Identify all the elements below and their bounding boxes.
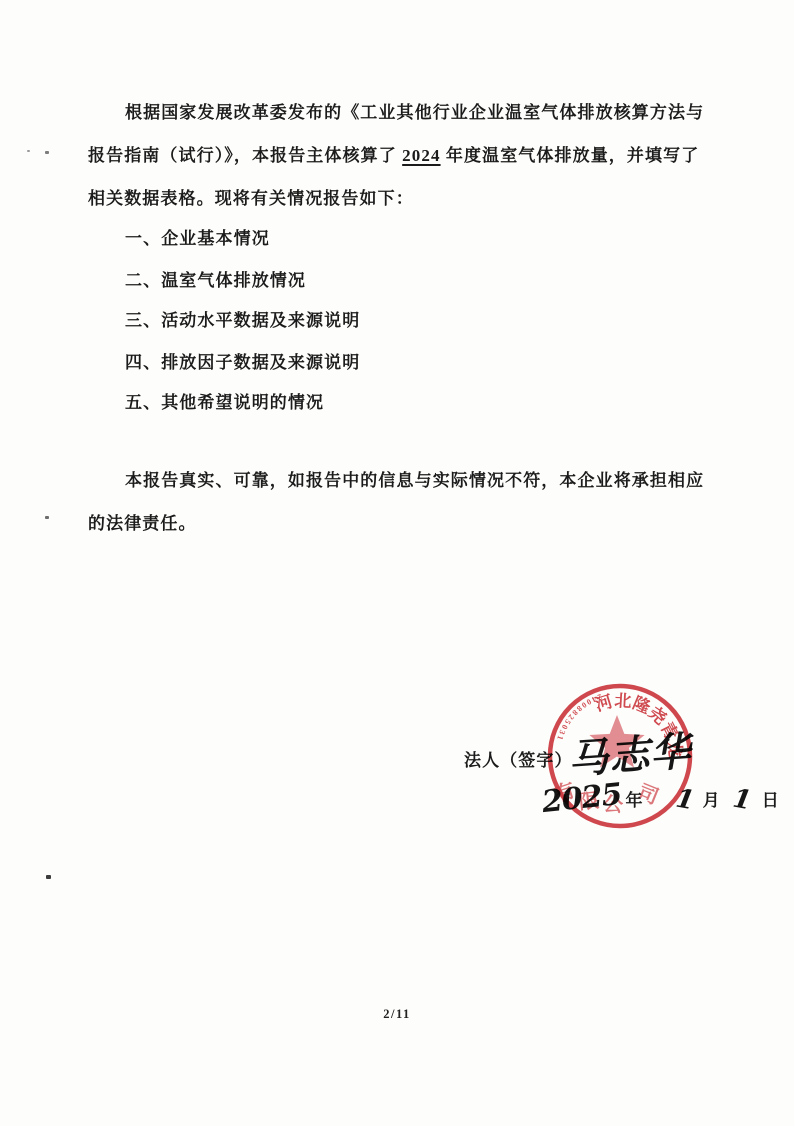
list-item: 二、温室气体排放情况	[125, 270, 306, 292]
page-number-text: 2/11	[383, 1007, 411, 1021]
list-item: 三、活动水平数据及来源说明	[125, 310, 360, 332]
scan-speck	[45, 151, 49, 154]
underlined-year: 2024	[402, 146, 440, 165]
para2-line1: 本报告真实、可靠，如报告中的信息与实际情况不符，本企业将承担相应	[125, 471, 704, 490]
day-unit: 日	[762, 788, 780, 814]
signature-name-text: 马志华	[567, 729, 693, 782]
handwritten-year: 2025	[541, 780, 623, 818]
scan-speck	[27, 150, 30, 152]
svg-text:北: 北	[614, 691, 632, 711]
para1-line2-pre: 报告指南（试行）》，本报告主体核算了	[88, 146, 402, 165]
paragraph-line: 根据国家发展改革委发布的《工业其他行业企业温室气体排放核算方法与	[125, 102, 704, 124]
svg-text:1: 1	[555, 734, 565, 740]
handwritten-signature: 马志华	[566, 720, 693, 785]
date-line: 2025 年 1 月 1 日	[542, 784, 780, 814]
month-unit: 月	[703, 788, 721, 814]
paragraph-line: 本报告真实、可靠，如报告中的信息与实际情况不符，本企业将承担相应	[125, 470, 704, 492]
list-item-3: 三、活动水平数据及来源说明	[125, 311, 360, 330]
handwritten-day: 1	[730, 785, 753, 816]
para2-line2: 的法律责任。	[88, 514, 197, 533]
paragraph-line: 相关数据表格。现将有关情况报告如下：	[88, 188, 414, 210]
list-item-2: 二、温室气体排放情况	[125, 271, 306, 290]
document-page: 根据国家发展改革委发布的《工业其他行业企业温室气体排放核算方法与 报告指南（试行…	[0, 0, 794, 1126]
scan-speck	[46, 875, 51, 879]
para1-line2-post: 年度温室气体排放量，并填写了	[441, 146, 700, 165]
list-item-4: 四、排放因子数据及来源说明	[125, 353, 360, 372]
paragraph-line: 报告指南（试行）》，本报告主体核算了 2024 年度温室气体排放量，并填写了	[88, 145, 699, 167]
page-number: 2/11	[0, 1007, 794, 1022]
para1-line3: 相关数据表格。现将有关情况报告如下：	[88, 189, 414, 208]
list-item: 四、排放因子数据及来源说明	[125, 352, 360, 374]
scan-speck	[45, 516, 49, 519]
para1-line1: 根据国家发展改革委发布的《工业其他行业企业温室气体排放核算方法与	[125, 103, 704, 122]
list-item-5: 五、其他希望说明的情况	[125, 393, 324, 412]
handwritten-month: 1	[673, 785, 696, 816]
list-item: 五、其他希望说明的情况	[125, 392, 324, 414]
year-unit: 年	[626, 788, 644, 814]
paragraph-line: 的法律责任。	[88, 513, 197, 535]
list-item: 一、企业基本情况	[125, 228, 270, 250]
list-item-1: 一、企业基本情况	[125, 229, 270, 248]
